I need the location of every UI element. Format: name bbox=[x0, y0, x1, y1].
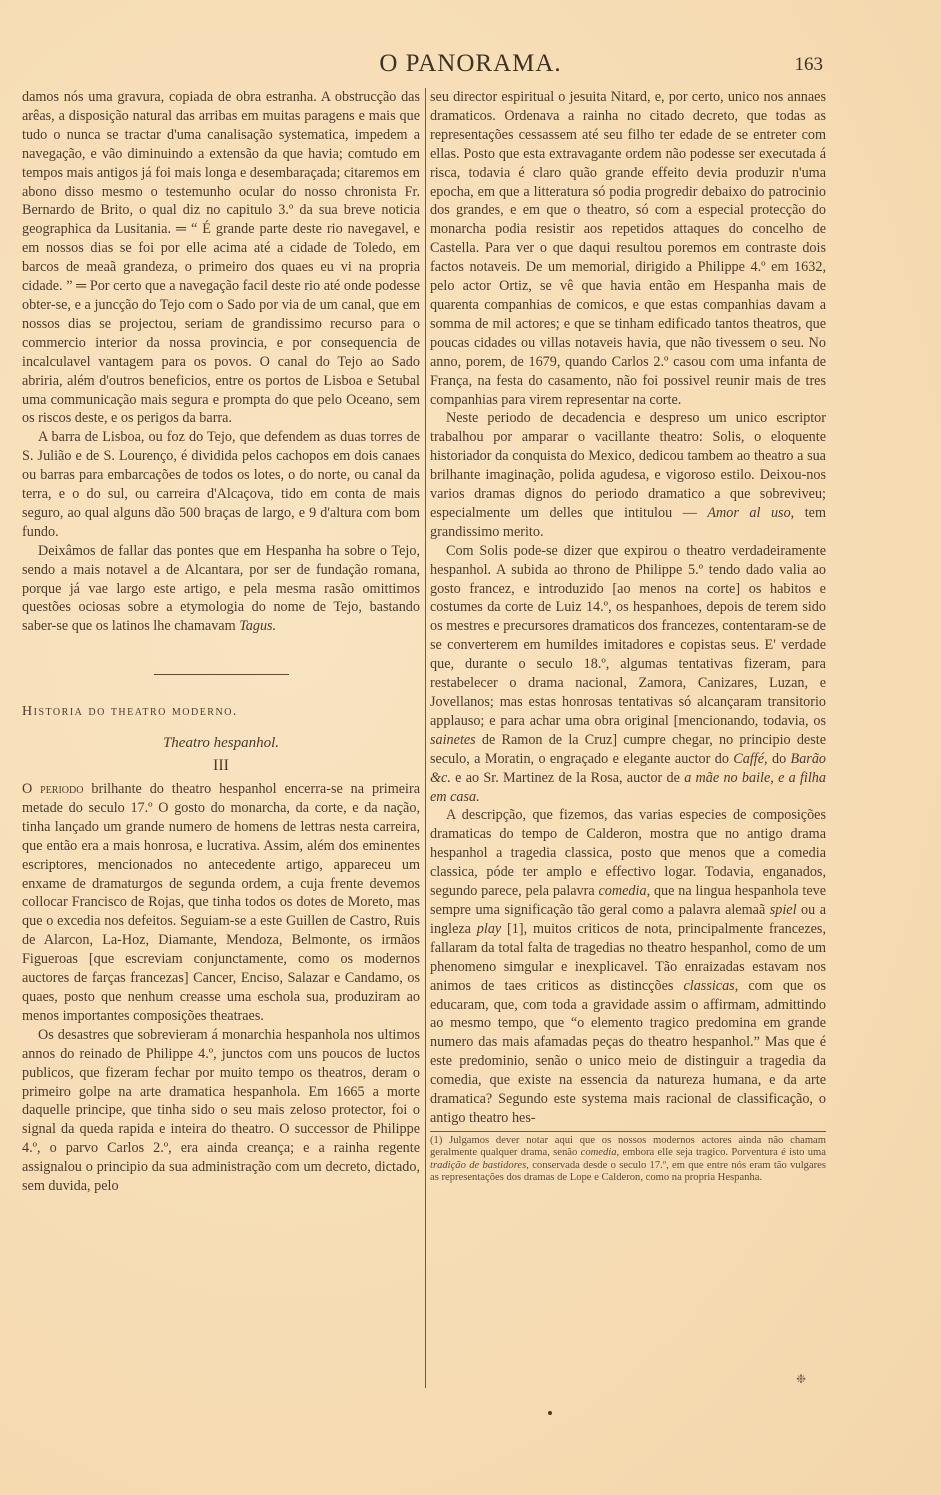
section-part-number: III bbox=[22, 757, 420, 776]
paragraph-solis: Neste periodo de decadencia e despreso u… bbox=[430, 409, 826, 541]
page-header: O PANORAMA. 163 bbox=[0, 48, 941, 82]
paragraph-expirou: Com Solis pode-se dizer que expirou o th… bbox=[430, 542, 826, 807]
footnote: (1) Julgamos dever notar aqui que os nos… bbox=[430, 1135, 826, 1185]
paragraph-desastres: Os desastres que sobrevieram á monarchia… bbox=[22, 1026, 420, 1196]
footnote-rule bbox=[430, 1131, 826, 1132]
section-title: Historia do theatro moderno. bbox=[22, 703, 420, 722]
ink-spot bbox=[548, 1411, 552, 1415]
paragraph-descripcao: A descripção, que fizemos, das varias es… bbox=[430, 806, 826, 1127]
section-subtitle: Theatro hespanhol. bbox=[22, 734, 420, 753]
paragraph-tejo-navigation: damos nós uma gravura, copiada de obra e… bbox=[22, 88, 420, 428]
paragraph-periodo-brilhante: O periodo brilhante do theatro hespanhol… bbox=[22, 780, 420, 1026]
left-column: damos nós uma gravura, copiada de obra e… bbox=[22, 88, 420, 1196]
column-divider bbox=[425, 88, 426, 1388]
paragraph-pontes: Deixâmos de fallar das pontes que em Hes… bbox=[22, 542, 420, 637]
paragraph-barra-lisboa: A barra de Lisboa, ou foz do Tejo, que d… bbox=[22, 428, 420, 541]
right-column: seu director espiritual o jesuita Nitard… bbox=[430, 88, 826, 1184]
section-separator bbox=[154, 674, 289, 675]
ornament-icon: ❉ bbox=[796, 1372, 806, 1386]
page-number: 163 bbox=[795, 54, 824, 76]
newspaper-page: O PANORAMA. 163 damos nós uma gravura, c… bbox=[0, 0, 941, 1495]
paragraph-decreto: seu director espiritual o jesuita Nitard… bbox=[430, 88, 826, 409]
